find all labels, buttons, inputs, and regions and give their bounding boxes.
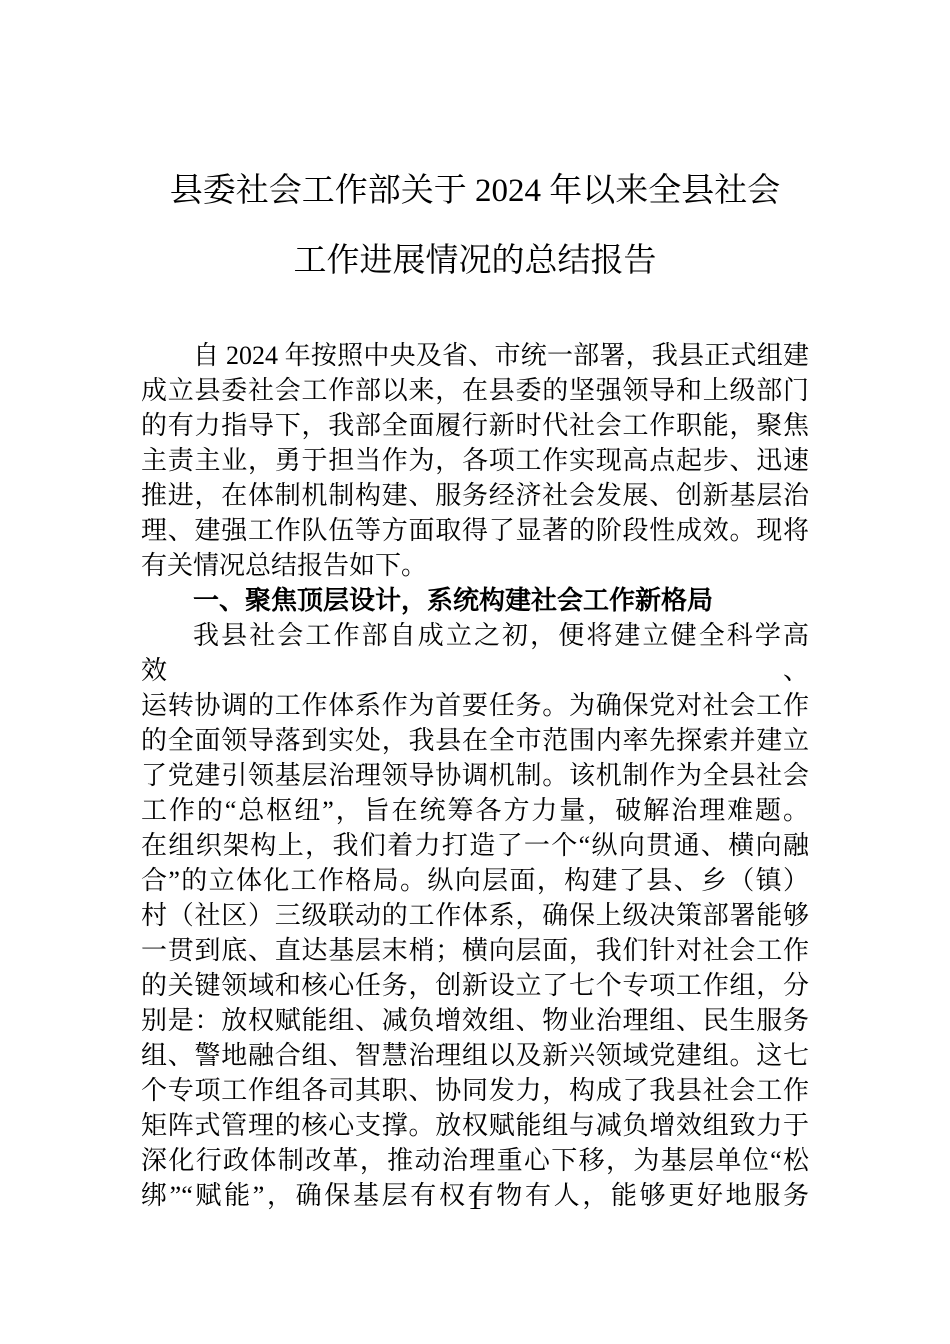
text-line: 工作的“总枢纽”，旨在统筹各方力量，破解治理难题。 (141, 793, 809, 828)
title-line-2: 工作进展情况的总结报告 (0, 226, 950, 296)
text-line: 的有力指导下，我部全面履行新时代社会工作职能，聚焦 (141, 408, 809, 443)
text-line: 一贯到底、直达基层末梢；横向层面，我们针对社会工作 (141, 933, 809, 968)
text-line: 深化行政体制改革，推动治理重心下移，为基层单位“松 (141, 1143, 809, 1178)
text-line: 自 2024 年按照中央及省、市统一部署，我县正式组建 (141, 338, 809, 373)
text-line: 在组织架构上，我们着力打造了一个“纵向贯通、横向融 (141, 828, 809, 863)
text-line: 主责主业，勇于担当作为，各项工作实现高点起步、迅速 (141, 443, 809, 478)
text-line: 成立县委社会工作部以来，在县委的坚强领导和上级部门 (141, 373, 809, 408)
text-line: 有关情况总结报告如下。 (141, 548, 809, 583)
title-line-1: 县委社会工作部关于 2024 年以来全县社会 (0, 156, 950, 226)
text-line: 了党建引领基层治理领导协调机制。该机制作为全县社会 (141, 758, 809, 793)
section-1-paragraph: 我县社会工作部自成立之初，便将建立健全科学高效、运转协调的工作体系作为首要任务。… (141, 618, 809, 1213)
text-line: 的全面领导落到实处，我县在全市范围内率先探索并建立 (141, 723, 809, 758)
text-line: 个专项工作组各司其职、协同发力，构成了我县社会工作 (141, 1073, 809, 1108)
text-line: 理、建强工作队伍等方面取得了显著的阶段性成效。现将 (141, 513, 809, 548)
document-page: 县委社会工作部关于 2024 年以来全县社会 工作进展情况的总结报告 自 202… (0, 0, 950, 1344)
text-line: 推进，在体制机制构建、服务经济社会发展、创新基层治 (141, 478, 809, 513)
page-footer: 1 (0, 1184, 950, 1217)
text-line: 一、聚焦顶层设计，系统构建社会工作新格局 (141, 583, 809, 618)
document-title: 县委社会工作部关于 2024 年以来全县社会 工作进展情况的总结报告 (0, 156, 950, 296)
text-line: 矩阵式管理的核心支撑。放权赋能组与减负增效组致力于 (141, 1108, 809, 1143)
intro-paragraph: 自 2024 年按照中央及省、市统一部署，我县正式组建成立县委社会工作部以来，在… (141, 338, 809, 583)
text-line: 的关键领域和核心任务，创新设立了七个专项工作组，分 (141, 968, 809, 1003)
document-body: 自 2024 年按照中央及省、市统一部署，我县正式组建成立县委社会工作部以来，在… (141, 338, 809, 1213)
text-line: 合”的立体化工作格局。纵向层面，构建了县、乡（镇） (141, 863, 809, 898)
text-line: 我县社会工作部自成立之初，便将建立健全科学高效、 (141, 618, 809, 688)
text-line: 运转协调的工作体系作为首要任务。为确保党对社会工作 (141, 688, 809, 723)
page-number: 1 (468, 1184, 483, 1216)
text-line: 别是：放权赋能组、减负增效组、物业治理组、民生服务 (141, 1003, 809, 1038)
text-line: 村（社区）三级联动的工作体系，确保上级决策部署能够 (141, 898, 809, 933)
section-1-heading: 一、聚焦顶层设计，系统构建社会工作新格局 (141, 583, 809, 618)
text-line: 组、警地融合组、智慧治理组以及新兴领域党建组。这七 (141, 1038, 809, 1073)
